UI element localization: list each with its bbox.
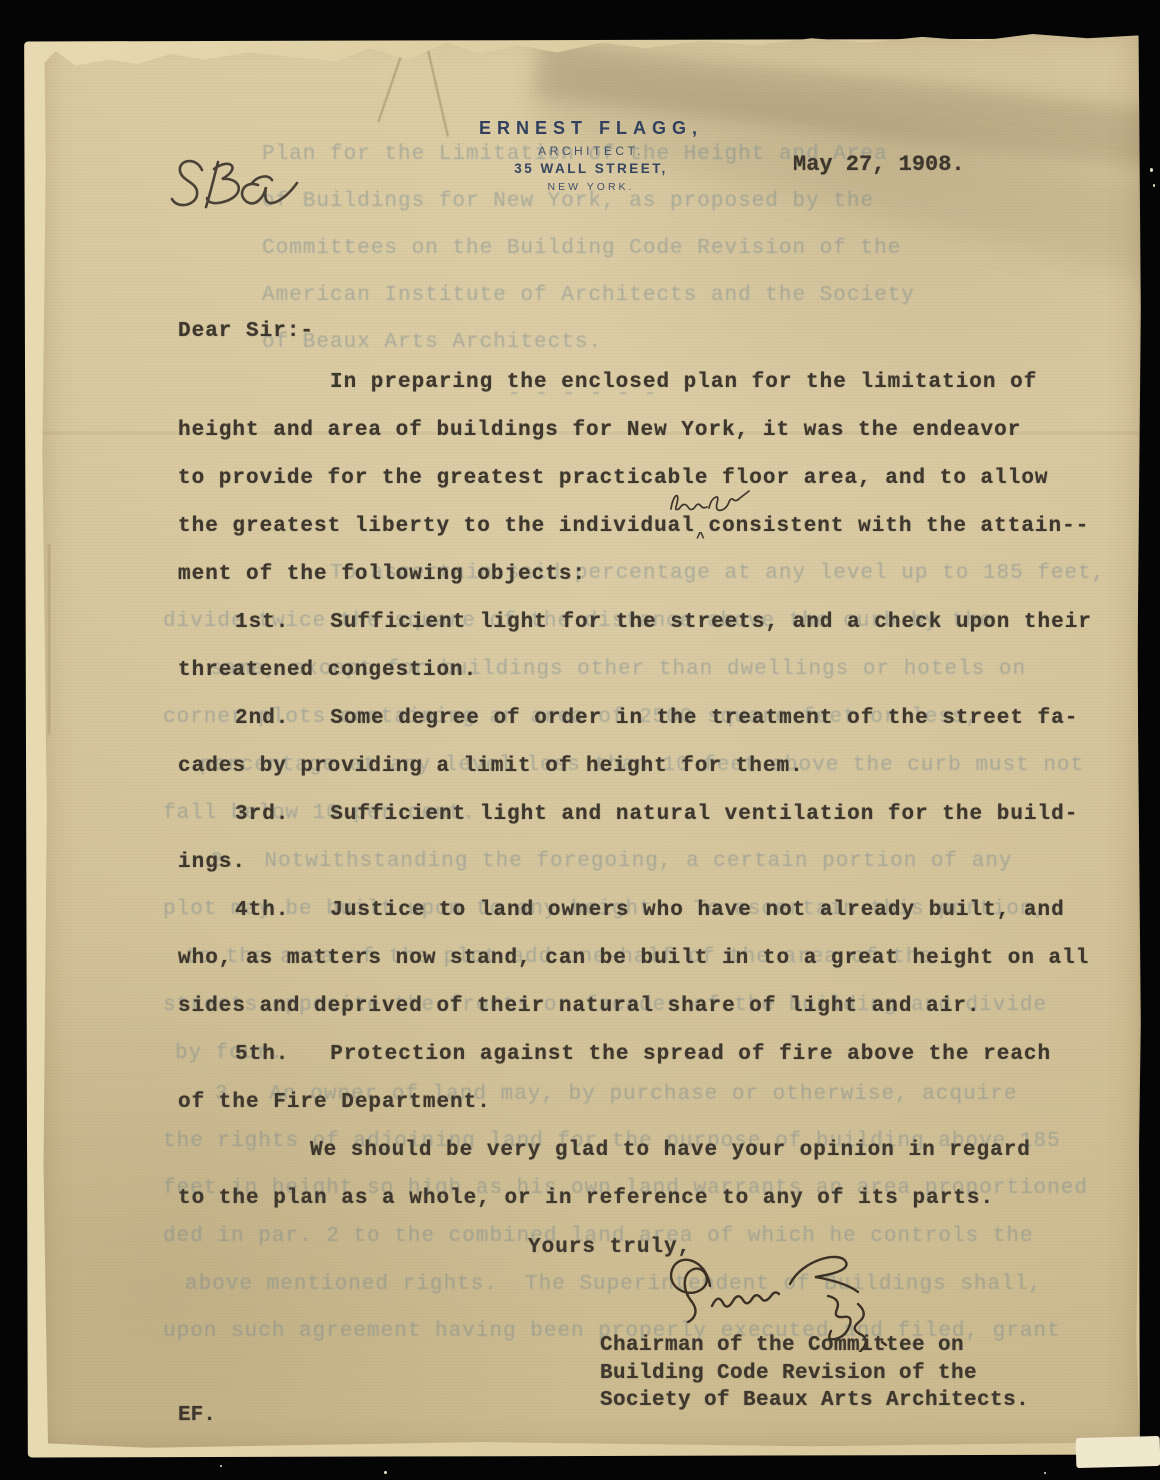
handwritten-insertion-builder (666, 486, 762, 518)
date-line: May 27, 1908. (793, 152, 965, 177)
typed-line: to the plan as a whole, or in reference … (178, 1186, 1118, 1234)
typed-line: ment of the following objects: (178, 562, 1118, 610)
signature-title-line: Building Code Revision of the (600, 1360, 1029, 1388)
typed-line: of the Fire Department. (178, 1090, 1118, 1138)
typed-line: 5th. Protection against the spread of fi… (178, 1042, 1118, 1090)
letterhead-title: ARCHITECT. (441, 144, 741, 158)
bleed-through-line: American Institute of Architects and the… (262, 284, 915, 307)
insertion-caret: ^ (696, 530, 705, 547)
dust-speck (384, 1471, 387, 1474)
letterhead-name: ERNEST FLAGG, (441, 118, 741, 139)
letter-paper: Plan for the Limitation of the Height an… (38, 24, 1143, 1452)
next-page-corner (1076, 1436, 1160, 1468)
letterhead-address: 35 WALL STREET, (441, 161, 741, 176)
typed-line: threatened congestion. (178, 658, 1118, 706)
letterhead-city: NEW YORK. (441, 181, 741, 193)
signature-title-line: Chairman of the Committee on (600, 1332, 1029, 1360)
typed-line: 1st. Sufficient light for the streets, a… (178, 610, 1118, 658)
scanned-letter-page: Plan for the Limitation of the Height an… (0, 0, 1160, 1480)
dust-speck (220, 1465, 222, 1467)
signature-title-line: Society of Beaux Arts Architects. (600, 1387, 1029, 1415)
letterhead: ERNEST FLAGG, ARCHITECT. 35 WALL STREET,… (441, 118, 741, 193)
typed-line: 3rd. Sufficient light and natural ventil… (178, 802, 1118, 850)
signature-title-block: Chairman of the Committee onBuilding Cod… (600, 1332, 1029, 1415)
typed-line: cades by providing a limit of height for… (178, 754, 1118, 802)
salutation: Dear Sir:- (178, 320, 314, 343)
bleed-through-line: Committees on the Building Code Revision… (262, 237, 901, 260)
typed-line: In preparing the enclosed plan for the l… (178, 370, 1118, 418)
typed-line: 2nd. Some degree of order in the treatme… (178, 706, 1118, 754)
bleed-through-line: of Buildings for New York, as proposed b… (262, 190, 874, 213)
typed-line: who, as matters now stand, can be built … (178, 946, 1118, 994)
dust-speck (1044, 1472, 1046, 1474)
typed-line: to provide for the greatest practicable … (178, 466, 1118, 514)
typed-line: the greatest liberty to the individual c… (178, 514, 1118, 562)
typed-line: 4th. Justice to land owners who have not… (178, 898, 1118, 946)
typed-line: We should be very glad to have your opin… (178, 1138, 1118, 1186)
typed-line: ings. (178, 850, 1118, 898)
typist-initials: EF. (178, 1404, 216, 1427)
typed-line: sides and deprived of their natural shar… (178, 994, 1118, 1042)
handwritten-archival-mark (166, 152, 306, 230)
dust-speck (1153, 184, 1155, 187)
typed-line: height and area of buildings for New Yor… (178, 418, 1118, 466)
dust-speck (1150, 168, 1153, 172)
letter-body: In preparing the enclosed plan for the l… (178, 370, 1118, 1234)
